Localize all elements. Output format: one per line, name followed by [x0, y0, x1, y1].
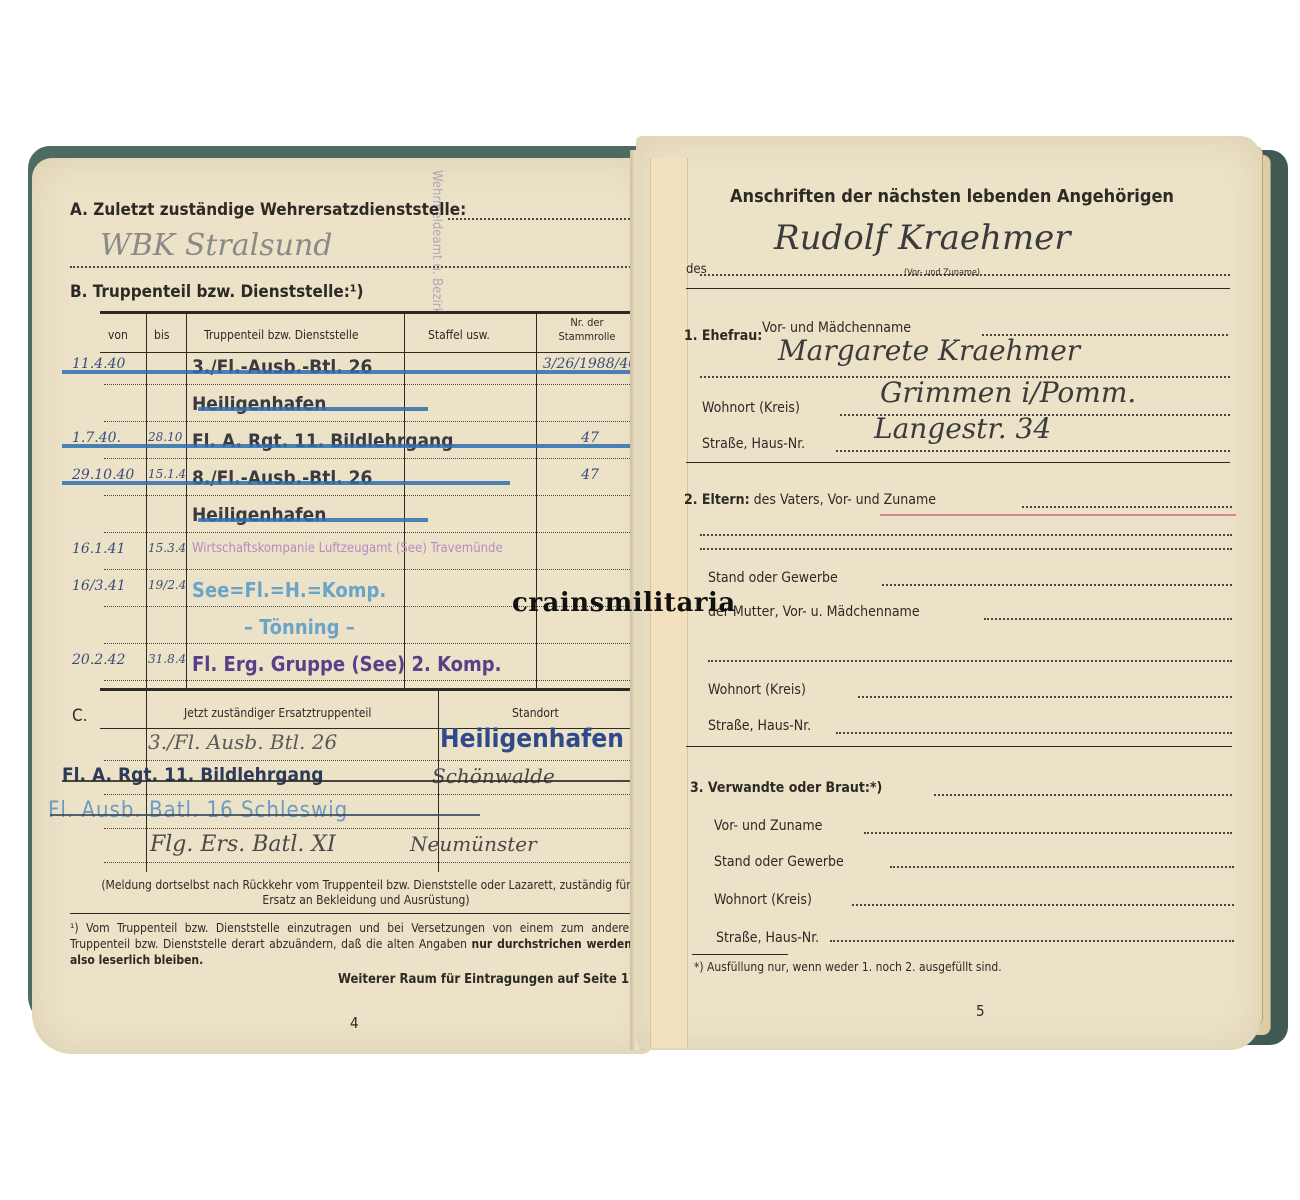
dotted-line	[70, 266, 634, 268]
dotted-line	[1022, 506, 1232, 508]
cell-bis: 15.3.41	[148, 541, 186, 555]
dotted-line	[830, 940, 1234, 942]
cell-von: 16.1.41	[72, 541, 144, 557]
dotted-line	[104, 828, 632, 829]
parents-residence-label: Wohnort (Kreis)	[708, 682, 806, 698]
table-rule	[100, 688, 636, 691]
col-header-bis: bis	[154, 328, 169, 342]
cell-standort: Schönwalde	[432, 764, 555, 788]
dotted-line	[104, 569, 632, 570]
col-header-ersatz: Jetzt zuständiger Ersatztruppenteil	[184, 706, 371, 720]
dotted-line	[858, 696, 1232, 698]
cell-unit: – Tönning –	[244, 615, 604, 639]
dotted-line	[984, 618, 1232, 620]
dotted-line	[934, 794, 1232, 796]
strike-line	[62, 481, 510, 485]
cell-ersatz: Flg. Ers. Batl. XI	[150, 832, 336, 857]
wife-name: Margarete Kraehmer	[778, 334, 1080, 367]
dotted-line	[852, 904, 1234, 906]
section-b-label: B. Truppenteil bzw. Dienststelle:¹)	[70, 282, 364, 302]
wife-street-label: Straße, Haus-Nr.	[702, 436, 805, 452]
cell-bis: 28.10	[148, 430, 186, 444]
dotted-line	[836, 450, 1230, 452]
dotted-line	[104, 384, 632, 385]
dotted-line	[836, 732, 1232, 734]
dotted-line	[104, 680, 632, 681]
strike-line	[62, 370, 632, 374]
strike-line	[198, 518, 428, 522]
cell-ersatz: 3./Fl. Ausb. Btl. 26	[148, 730, 337, 754]
col-header-standort: Standort	[512, 706, 559, 720]
col-header-staffel: Staffel usw.	[428, 328, 490, 342]
table-rule	[100, 311, 636, 314]
cell-unit: 3./Fl.-Ausb.-Btl. 26	[192, 356, 552, 378]
col-header-unit: Truppenteil bzw. Dienststelle	[204, 328, 359, 342]
footnote-rule	[70, 913, 636, 914]
strike-line	[62, 444, 632, 448]
footnote-left: ¹) Vom Truppenteil bzw. Dienststelle ein…	[70, 920, 636, 968]
cell-standort: Heiligenhafen	[440, 724, 624, 754]
section-rule	[686, 746, 1232, 747]
col-divider	[146, 312, 147, 688]
relatives-street-label: Straße, Haus-Nr.	[716, 930, 819, 946]
cell-unit: See=Fl.=H.=Komp.	[192, 578, 552, 602]
relatives-residence-label: Wohnort (Kreis)	[714, 892, 812, 908]
section-rule	[686, 288, 1230, 289]
cell-ersatz: Fl. Ausb. Batl. 16 Schleswig	[48, 798, 348, 823]
cell-ersatz: Fl. A. Rgt. 11. Bildlehrgang	[62, 764, 323, 786]
page-number-right: 5	[976, 1002, 985, 1020]
dotted-line	[104, 458, 632, 459]
dotted-line	[864, 832, 1232, 834]
cell-unit: Heiligenhafen	[192, 393, 552, 415]
strike-line	[62, 780, 638, 782]
owner-name: Rudolf Kraehmer	[774, 218, 1071, 258]
right-page-title: Anschriften der nächsten lebenden Angehö…	[730, 186, 1174, 207]
cell-bis: 15.1.41	[148, 467, 186, 481]
dotted-line	[104, 532, 632, 533]
relatives-name-label: Vor- und Zuname	[714, 818, 822, 834]
table-rule	[100, 352, 636, 353]
continue-note: Weiterer Raum für Eintragungen auf Seite…	[338, 972, 642, 987]
dotted-line	[104, 862, 632, 863]
cell-von: 16/3.41	[72, 578, 144, 594]
wife-label: 1. Ehefrau:	[684, 328, 762, 344]
dotted-line	[700, 534, 1232, 536]
footnote-right: *) Ausfüllung nur, wenn weder 1. noch 2.…	[694, 960, 1002, 974]
dotted-line	[104, 794, 632, 795]
wife-residence: Grimmen i/Pomm.	[880, 376, 1136, 409]
cell-unit: 8./Fl.-Ausb.-Btl. 26	[192, 467, 552, 489]
col-header-nr: Nr. der Stammrolle	[542, 316, 632, 344]
cell-unit: Fl. A. Rgt. 11. Bildlehrgang	[192, 430, 552, 452]
handwritten-wbk: WBK Stralsund	[100, 228, 333, 263]
section-a-label: A. Zuletzt zuständige Wehrersatzdienstst…	[70, 200, 466, 220]
strike-line	[198, 407, 428, 411]
dotted-line	[708, 660, 1232, 662]
relatives-label: 3. Verwandte oder Braut:*)	[690, 780, 882, 796]
dotted-line	[104, 495, 632, 496]
wife-street: Langestr. 34	[874, 412, 1051, 445]
cell-bis: 19/2.42	[148, 578, 186, 592]
father-label: des Vaters, Vor- und Zuname	[754, 492, 936, 508]
section-c-note: (Meldung dortselbst nach Rückkehr vom Tr…	[96, 878, 636, 908]
mother-label: der Mutter, Vor- u. Mädchenname	[708, 604, 920, 620]
wife-residence-label: Wohnort (Kreis)	[702, 400, 800, 416]
col-divider	[186, 312, 187, 688]
parents-street-label: Straße, Haus-Nr.	[708, 718, 811, 734]
footnote-rule	[692, 954, 788, 955]
cell-von: 20.2.42	[72, 652, 144, 668]
section-c-label: C.	[72, 706, 88, 726]
relatives-occupation-label: Stand oder Gewerbe	[714, 854, 844, 870]
cell-standort: Neumünster	[410, 832, 537, 856]
cell-unit: Fl. Erg. Gruppe (See) 2. Komp.	[192, 652, 552, 676]
cell-unit: Wirtschaftskompanie Luftzeugamt (See) Tr…	[192, 541, 622, 556]
dotted-line	[700, 548, 1232, 550]
owner-caption: (Vor- und Zuname)	[904, 268, 980, 278]
page-number-left: 4	[350, 1014, 359, 1032]
dotted-line	[890, 866, 1234, 868]
dotted-line	[104, 643, 632, 644]
dotted-line	[104, 760, 632, 761]
section-rule	[686, 462, 1230, 463]
parents-label: 2. Eltern:	[684, 492, 750, 508]
cell-unit: Heiligenhafen	[192, 504, 552, 526]
watermark: crainsmilitaria	[512, 588, 736, 618]
col-header-von: von	[108, 328, 128, 342]
cell-nr: 47	[540, 467, 640, 483]
red-pencil-mark	[880, 514, 1236, 516]
dotted-line	[104, 421, 632, 422]
cell-bis: 31.8.42	[148, 652, 186, 666]
dotted-line	[448, 218, 634, 220]
parents-row: 2. Eltern: des Vaters, Vor- und Zuname	[684, 492, 936, 508]
father-occupation-label: Stand oder Gewerbe	[708, 570, 838, 586]
strike-line	[50, 814, 480, 816]
dotted-line	[882, 584, 1232, 586]
